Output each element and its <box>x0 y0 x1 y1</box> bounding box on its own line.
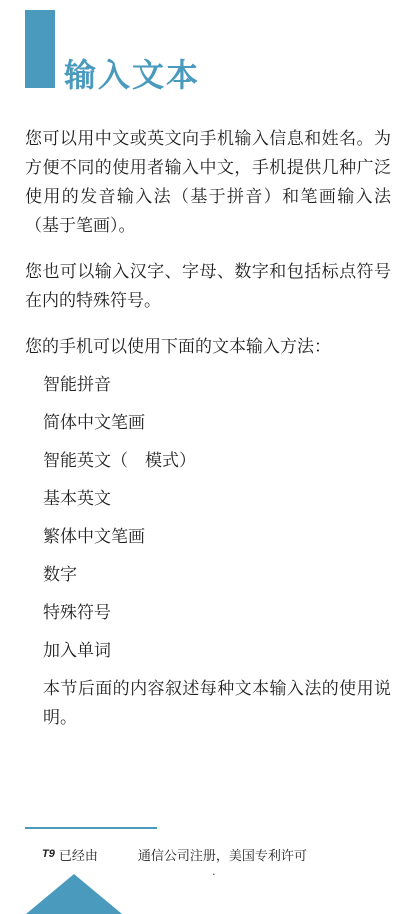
page-content: 您可以用中文或英文向手机输入信息和姓名。为方便不同的使用者输入中文，手机提供几种… <box>25 124 391 732</box>
list-item-add-word: 加入单词 <box>43 636 391 665</box>
corner-triangle-decoration <box>26 874 122 914</box>
footnote-divider-line <box>25 827 157 829</box>
list-item-special-symbols: 特殊符号 <box>43 598 391 627</box>
footnote-text-after-gap: 通信公司注册，美国专利许可 <box>138 848 307 863</box>
list-item-basic-english: 基本英文 <box>43 484 391 513</box>
paragraph-characters: 您也可以输入汉字、字母、数字和包括标点符号在内的特殊符号。 <box>25 257 391 315</box>
paragraph-methods-lead: 您的手机可以使用下面的文本输入方法： <box>25 332 391 361</box>
list-item-smart-english: 智能英文（ 模式） <box>43 446 391 475</box>
list-item-simplified-stroke: 简体中文笔画 <box>43 408 391 437</box>
t9-trademark-icon: T9 <box>42 848 55 860</box>
list-item-traditional-stroke: 繁体中文笔画 <box>43 522 391 551</box>
footnote: T9已经由通信公司注册，美国专利许可 <box>42 845 307 864</box>
footer-dot: . <box>212 863 216 878</box>
list-item-numbers: 数字 <box>43 560 391 589</box>
input-method-list: 智能拼音 简体中文笔画 智能英文（ 模式） 基本英文 繁体中文笔画 数字 特殊符… <box>43 370 391 665</box>
list-item-smart-pinyin: 智能拼音 <box>43 370 391 399</box>
accent-header-bar <box>25 10 55 88</box>
page-title: 输入文本 <box>64 50 200 96</box>
paragraph-intro: 您可以用中文或英文向手机输入信息和姓名。为方便不同的使用者输入中文，手机提供几种… <box>25 124 391 240</box>
closing-sentence: 本节后面的内容叙述每种文本输入法的使用说明。 <box>43 674 391 732</box>
footnote-text-before-gap: 已经由 <box>59 848 98 863</box>
